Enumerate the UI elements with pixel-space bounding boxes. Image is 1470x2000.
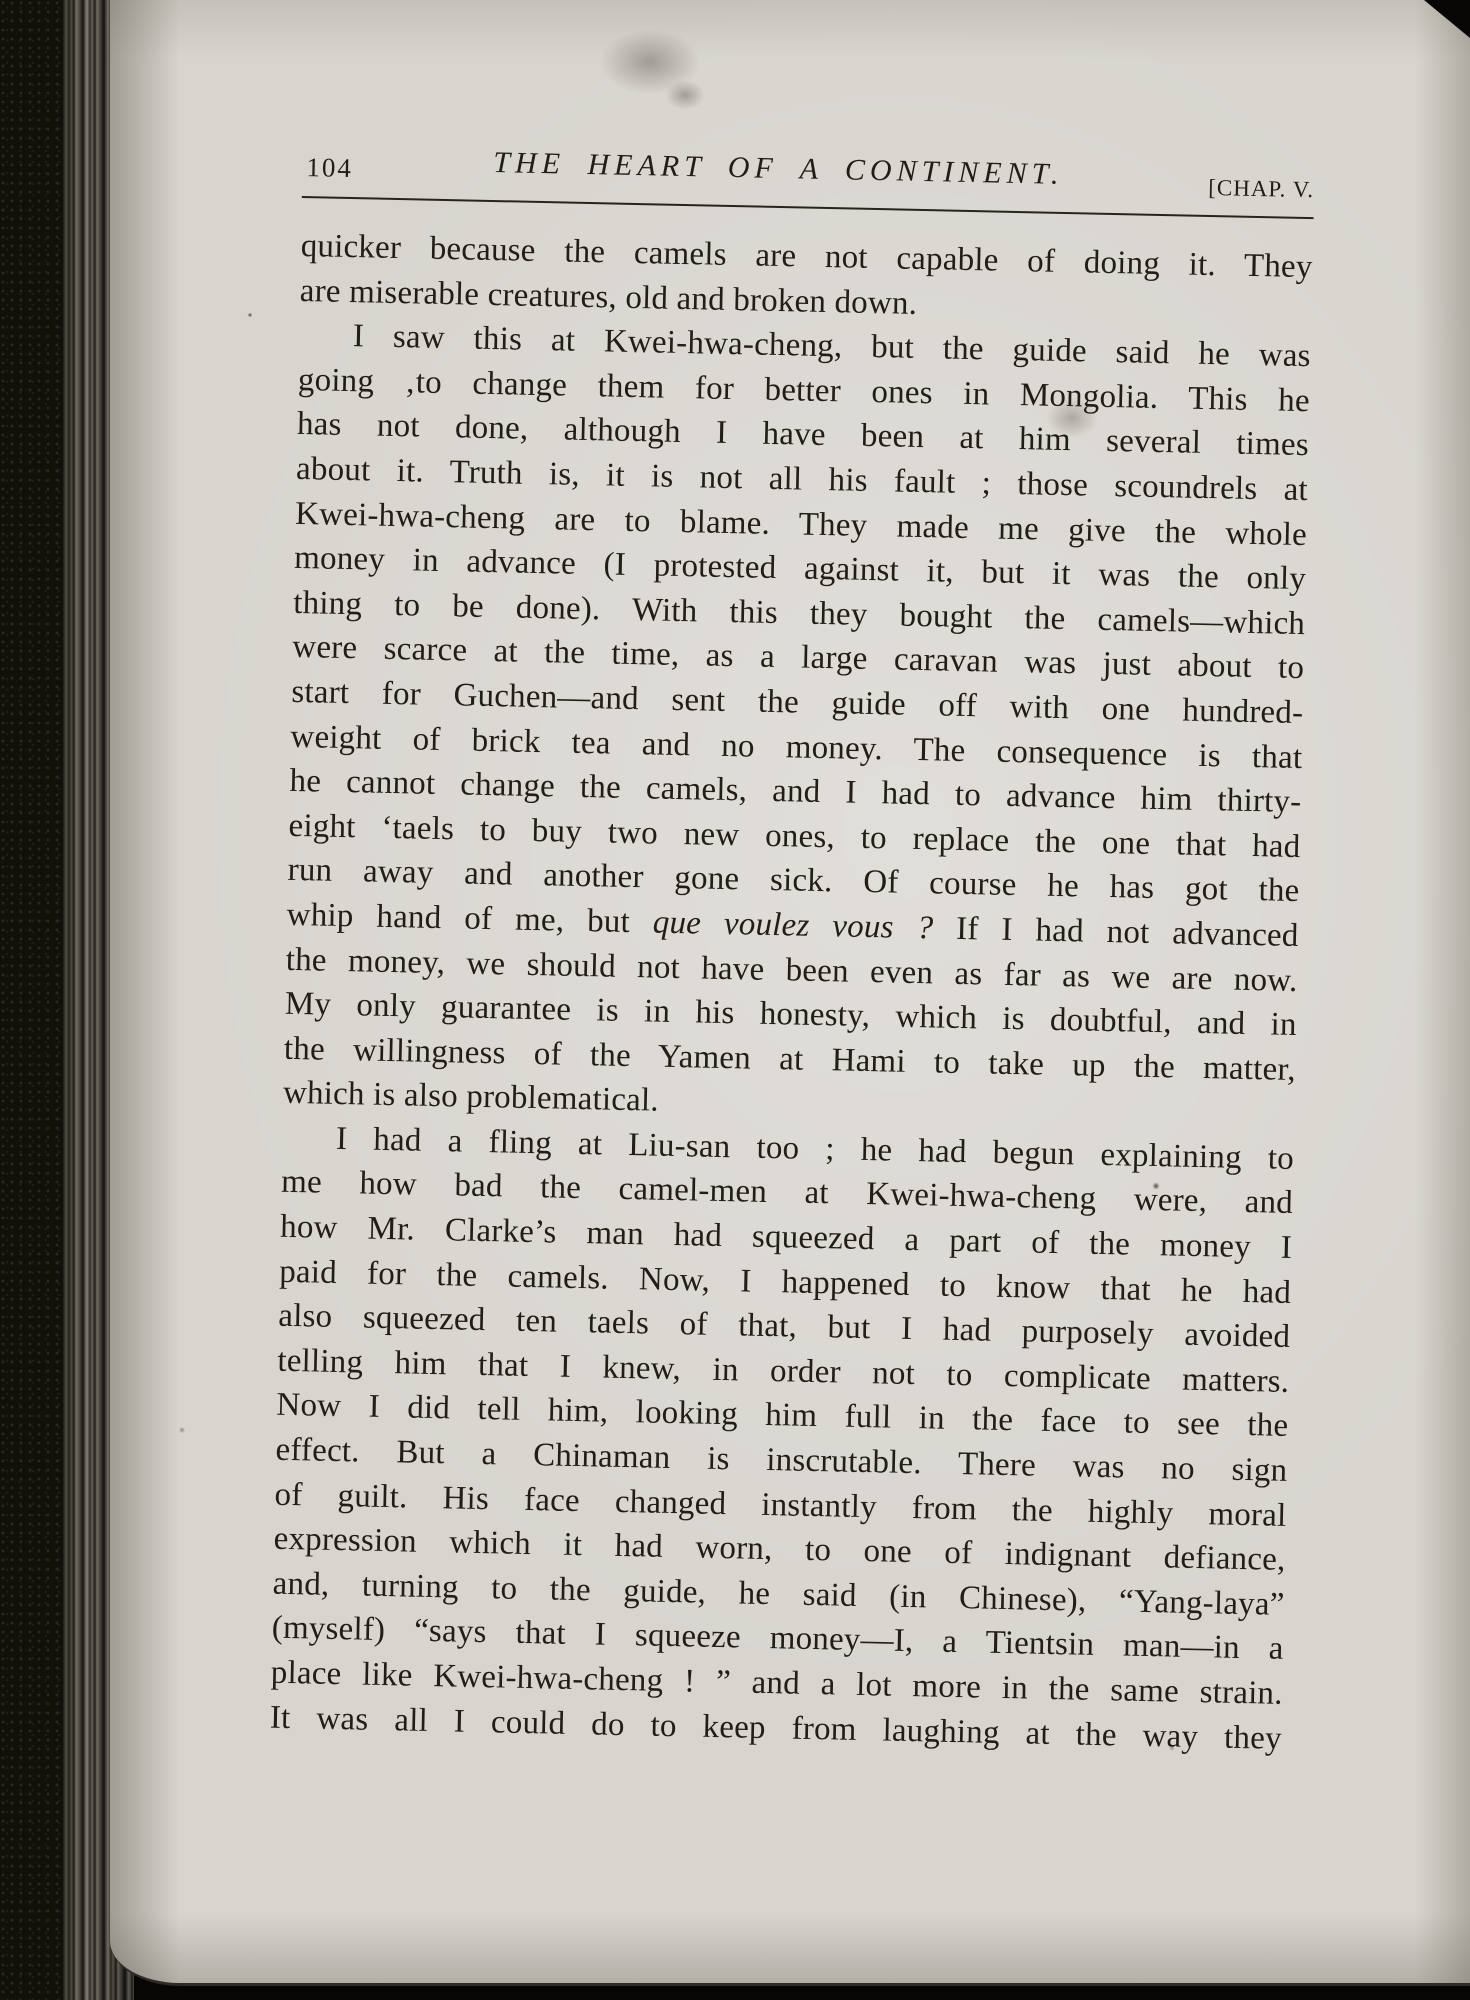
text-segment: If I had not advanced <box>933 910 1299 954</box>
text-segment: which is also problematical. <box>283 1075 660 1119</box>
running-title: THE HEART OF A CONTINENT. <box>362 143 1195 194</box>
page-number: 104 <box>306 152 353 184</box>
chapter-marker: [CHAP. V. <box>1208 175 1314 203</box>
running-header: 104 THE HEART OF A CONTINENT. [CHAP. V. <box>302 140 1315 217</box>
text-segment: whip hand of me, but <box>286 897 653 941</box>
book-page: 104 THE HEART OF A CONTINENT. [CHAP. V. … <box>110 0 1470 1986</box>
printed-area: 104 THE HEART OF A CONTINENT. [CHAP. V. … <box>269 140 1314 1761</box>
book-cover-edge <box>0 0 62 2000</box>
italic-phrase: que voulez vous ? <box>652 904 933 946</box>
body-text: quicker because the camels are not capab… <box>269 224 1313 1761</box>
